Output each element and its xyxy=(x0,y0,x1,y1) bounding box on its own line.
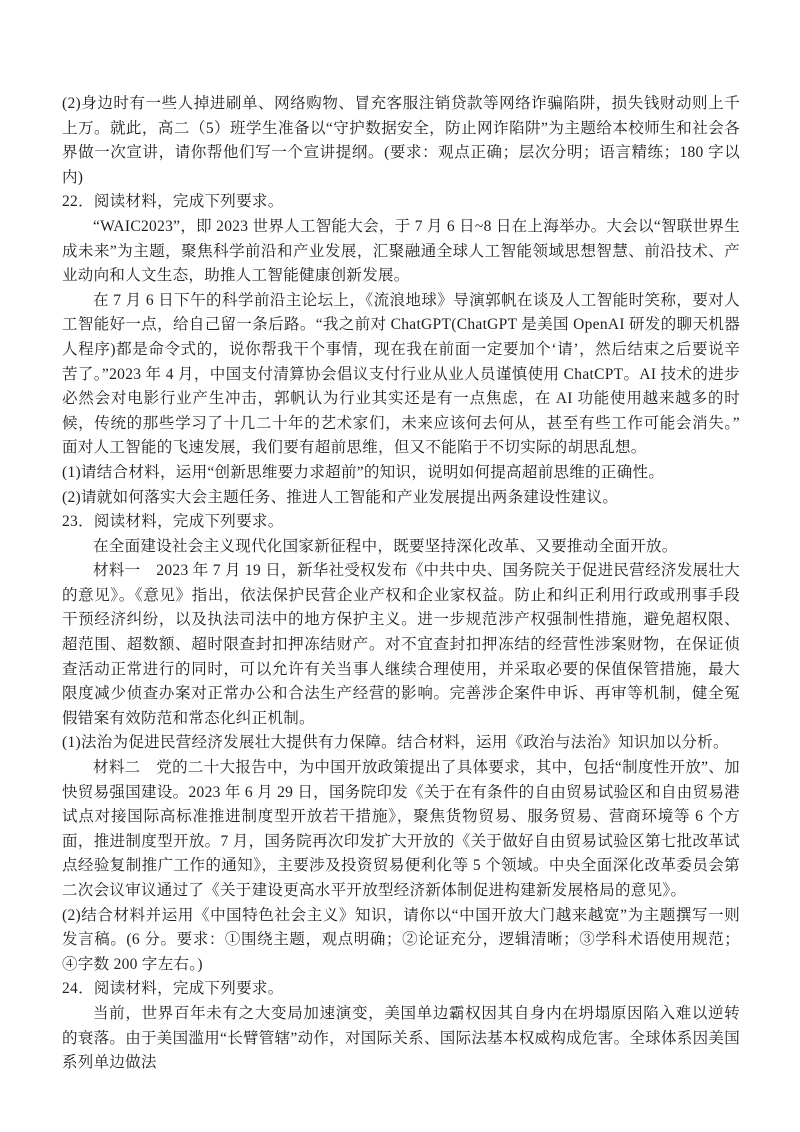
question-21-part2-text: (2)身边时有一些人掉进刷单、网络购物、冒充客服注销贷款等网络诈骗陷阱，损失钱财… xyxy=(62,92,740,190)
page-text-content: (2)身边时有一些人掉进刷单、网络购物、冒充客服注销贷款等网络诈骗陷阱，损失钱财… xyxy=(62,92,740,1076)
question-23-material-1-paragraph: 材料一 2023 年 7 月 19 日，新华社受权发布《中共中央、国务院关于促进… xyxy=(62,559,740,731)
question-24-header: 24．阅读材料，完成下列要求。 xyxy=(62,977,740,1002)
question-23-sub-question-1: (1)法治为促进民营经济发展壮大提供有力保障。结合材料，运用《政治与法治》知识加… xyxy=(62,731,740,756)
question-24-material-paragraph: 当前，世界百年未有之大变局加速演变，美国单边霸权因其自身内在坍塌原因陷入难以逆转… xyxy=(62,1002,740,1076)
document-page: (2)身边时有一些人掉进刷单、网络购物、冒充客服注销贷款等网络诈骗陷阱，损失钱财… xyxy=(0,0,800,1132)
question-23-intro-paragraph: 在全面建设社会主义现代化国家新征程中，既要坚持深化改革、又要推动全面开放。 xyxy=(62,535,740,560)
question-22-material-paragraph-1: “WAIC2023”，即 2023 世界人工智能大会，于 7 月 6 日~8 日… xyxy=(62,215,740,289)
question-22-sub-question-2: (2)请就如何落实大会主题任务、推进人工智能和产业发展提出两条建设性建议。 xyxy=(62,486,740,511)
question-22-material-paragraph-2: 在 7 月 6 日下午的科学前沿主论坛上，《流浪地球》导演郭帆在谈及人工智能时笑… xyxy=(62,289,740,461)
question-23-sub-question-2: (2)结合材料并运用《中国特色社会主义》知识，请你以“中国开放大门越来越宽”为主… xyxy=(62,904,740,978)
question-23-material-2-paragraph: 材料二 党的二十大报告中，为中国开放政策提出了具体要求，其中，包括“制度性开放”… xyxy=(62,756,740,904)
question-22-header: 22．阅读材料，完成下列要求。 xyxy=(62,190,740,215)
question-22-sub-question-1: (1)请结合材料，运用“创新思维要力求超前”的知识，说明如何提高超前思维的正确性… xyxy=(62,461,740,486)
question-23-header: 23．阅读材料，完成下列要求。 xyxy=(62,510,740,535)
